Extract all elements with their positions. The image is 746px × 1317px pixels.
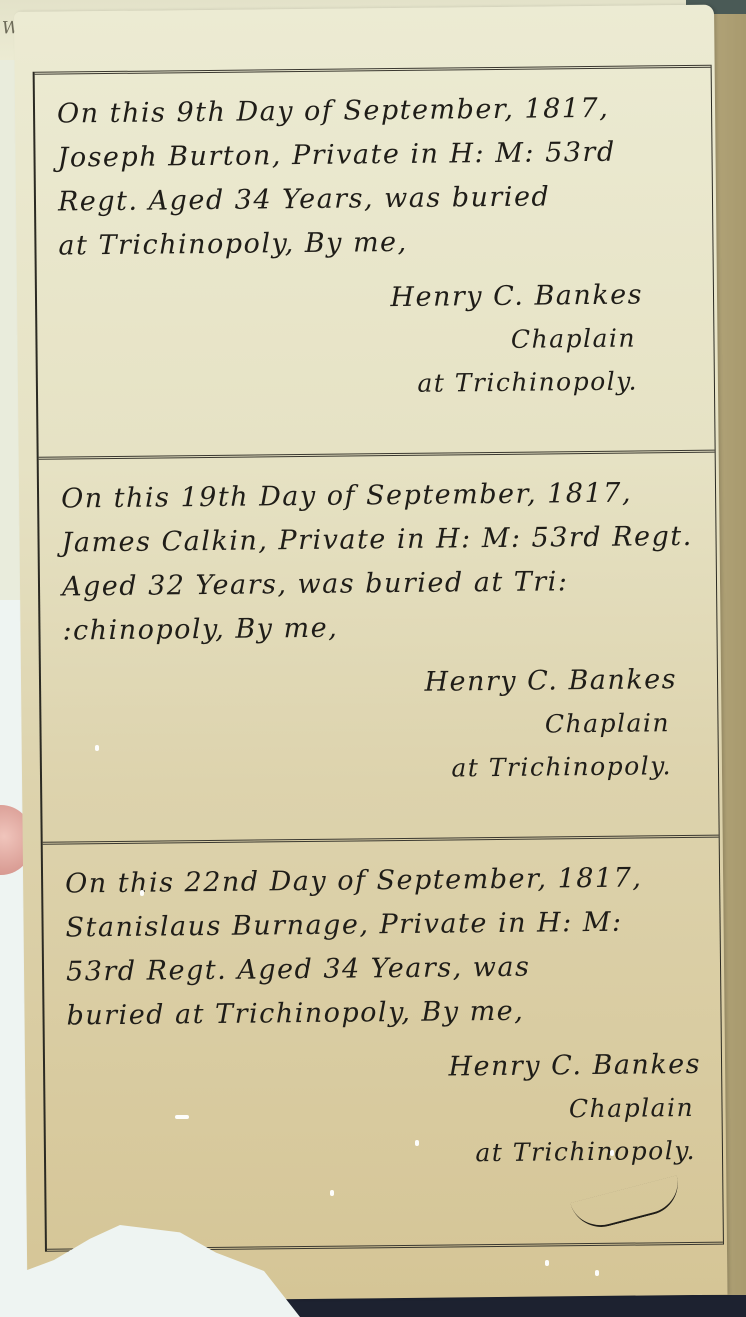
chaplain-signature: Henry C. Bankes Chaplain at Trichinopoly… (448, 1043, 702, 1176)
burial-entry: On this 9th Day of September, 1817, Jose… (35, 65, 715, 457)
paper-speck (95, 745, 99, 751)
signature-flourish (570, 1175, 685, 1234)
entry-line: 53rd Regt. Aged 34 Years, was (66, 944, 702, 995)
entry-line: Joseph Burton, Private in H: M: 53rd (57, 130, 693, 181)
entry-text: On this 19th Day of September, 1817, Jam… (61, 471, 699, 654)
signature-place: at Trichinopoly. (449, 1129, 702, 1176)
signature-title: Chaplain (425, 702, 678, 747)
signature-title: Chaplain (449, 1087, 702, 1132)
signature-name: Henry C. Bankes (424, 658, 677, 705)
entry-line: On this 19th Day of September, 1817, (61, 471, 697, 522)
burial-entry: On this 22nd Day of September, 1817, Sta… (43, 835, 723, 1252)
chaplain-signature: Henry C. Bankes Chaplain at Trichinopoly… (424, 658, 678, 791)
burial-entry: On this 19th Day of September, 1817, Jam… (39, 450, 719, 842)
paper-speck (415, 1140, 419, 1146)
entry-line: James Calkin, Private in H: M: 53rd Regt… (61, 515, 697, 566)
signature-title: Chaplain (391, 317, 644, 362)
register-page: On this 9th Day of September, 1817, Jose… (14, 5, 727, 1302)
entry-text: On this 9th Day of September, 1817, Jose… (57, 86, 695, 269)
signature-name: Henry C. Bankes (448, 1043, 701, 1090)
entry-line: Stanislaus Burnage, Private in H: M: (65, 900, 701, 951)
entry-line: Aged 32 Years, was buried at Tri: (62, 559, 698, 610)
entry-line: :chinopoly, By me, (62, 603, 698, 654)
paper-speck (140, 890, 144, 896)
burial-register-table: On this 9th Day of September, 1817, Jose… (33, 65, 724, 1252)
entry-line: buried at Trichinopoly, By me, (66, 988, 702, 1039)
entry-text: On this 22nd Day of September, 1817, Sta… (65, 856, 703, 1039)
chaplain-signature: Henry C. Bankes Chaplain at Trichinopoly… (390, 273, 644, 406)
signature-place: at Trichinopoly. (425, 744, 678, 791)
paper-speck (545, 1260, 549, 1266)
signature-name: Henry C. Bankes (390, 273, 643, 320)
entry-line: Regt. Aged 34 Years, was buried (58, 174, 694, 225)
entry-line: On this 22nd Day of September, 1817, (65, 856, 701, 907)
entry-line: at Trichinopoly, By me, (58, 218, 694, 269)
signature-place: at Trichinopoly. (391, 359, 644, 406)
paper-speck (595, 1270, 599, 1276)
paper-speck (175, 1115, 189, 1119)
paper-speck (610, 1150, 614, 1156)
paper-speck (330, 1190, 334, 1196)
entry-line: On this 9th Day of September, 1817, (57, 86, 693, 137)
